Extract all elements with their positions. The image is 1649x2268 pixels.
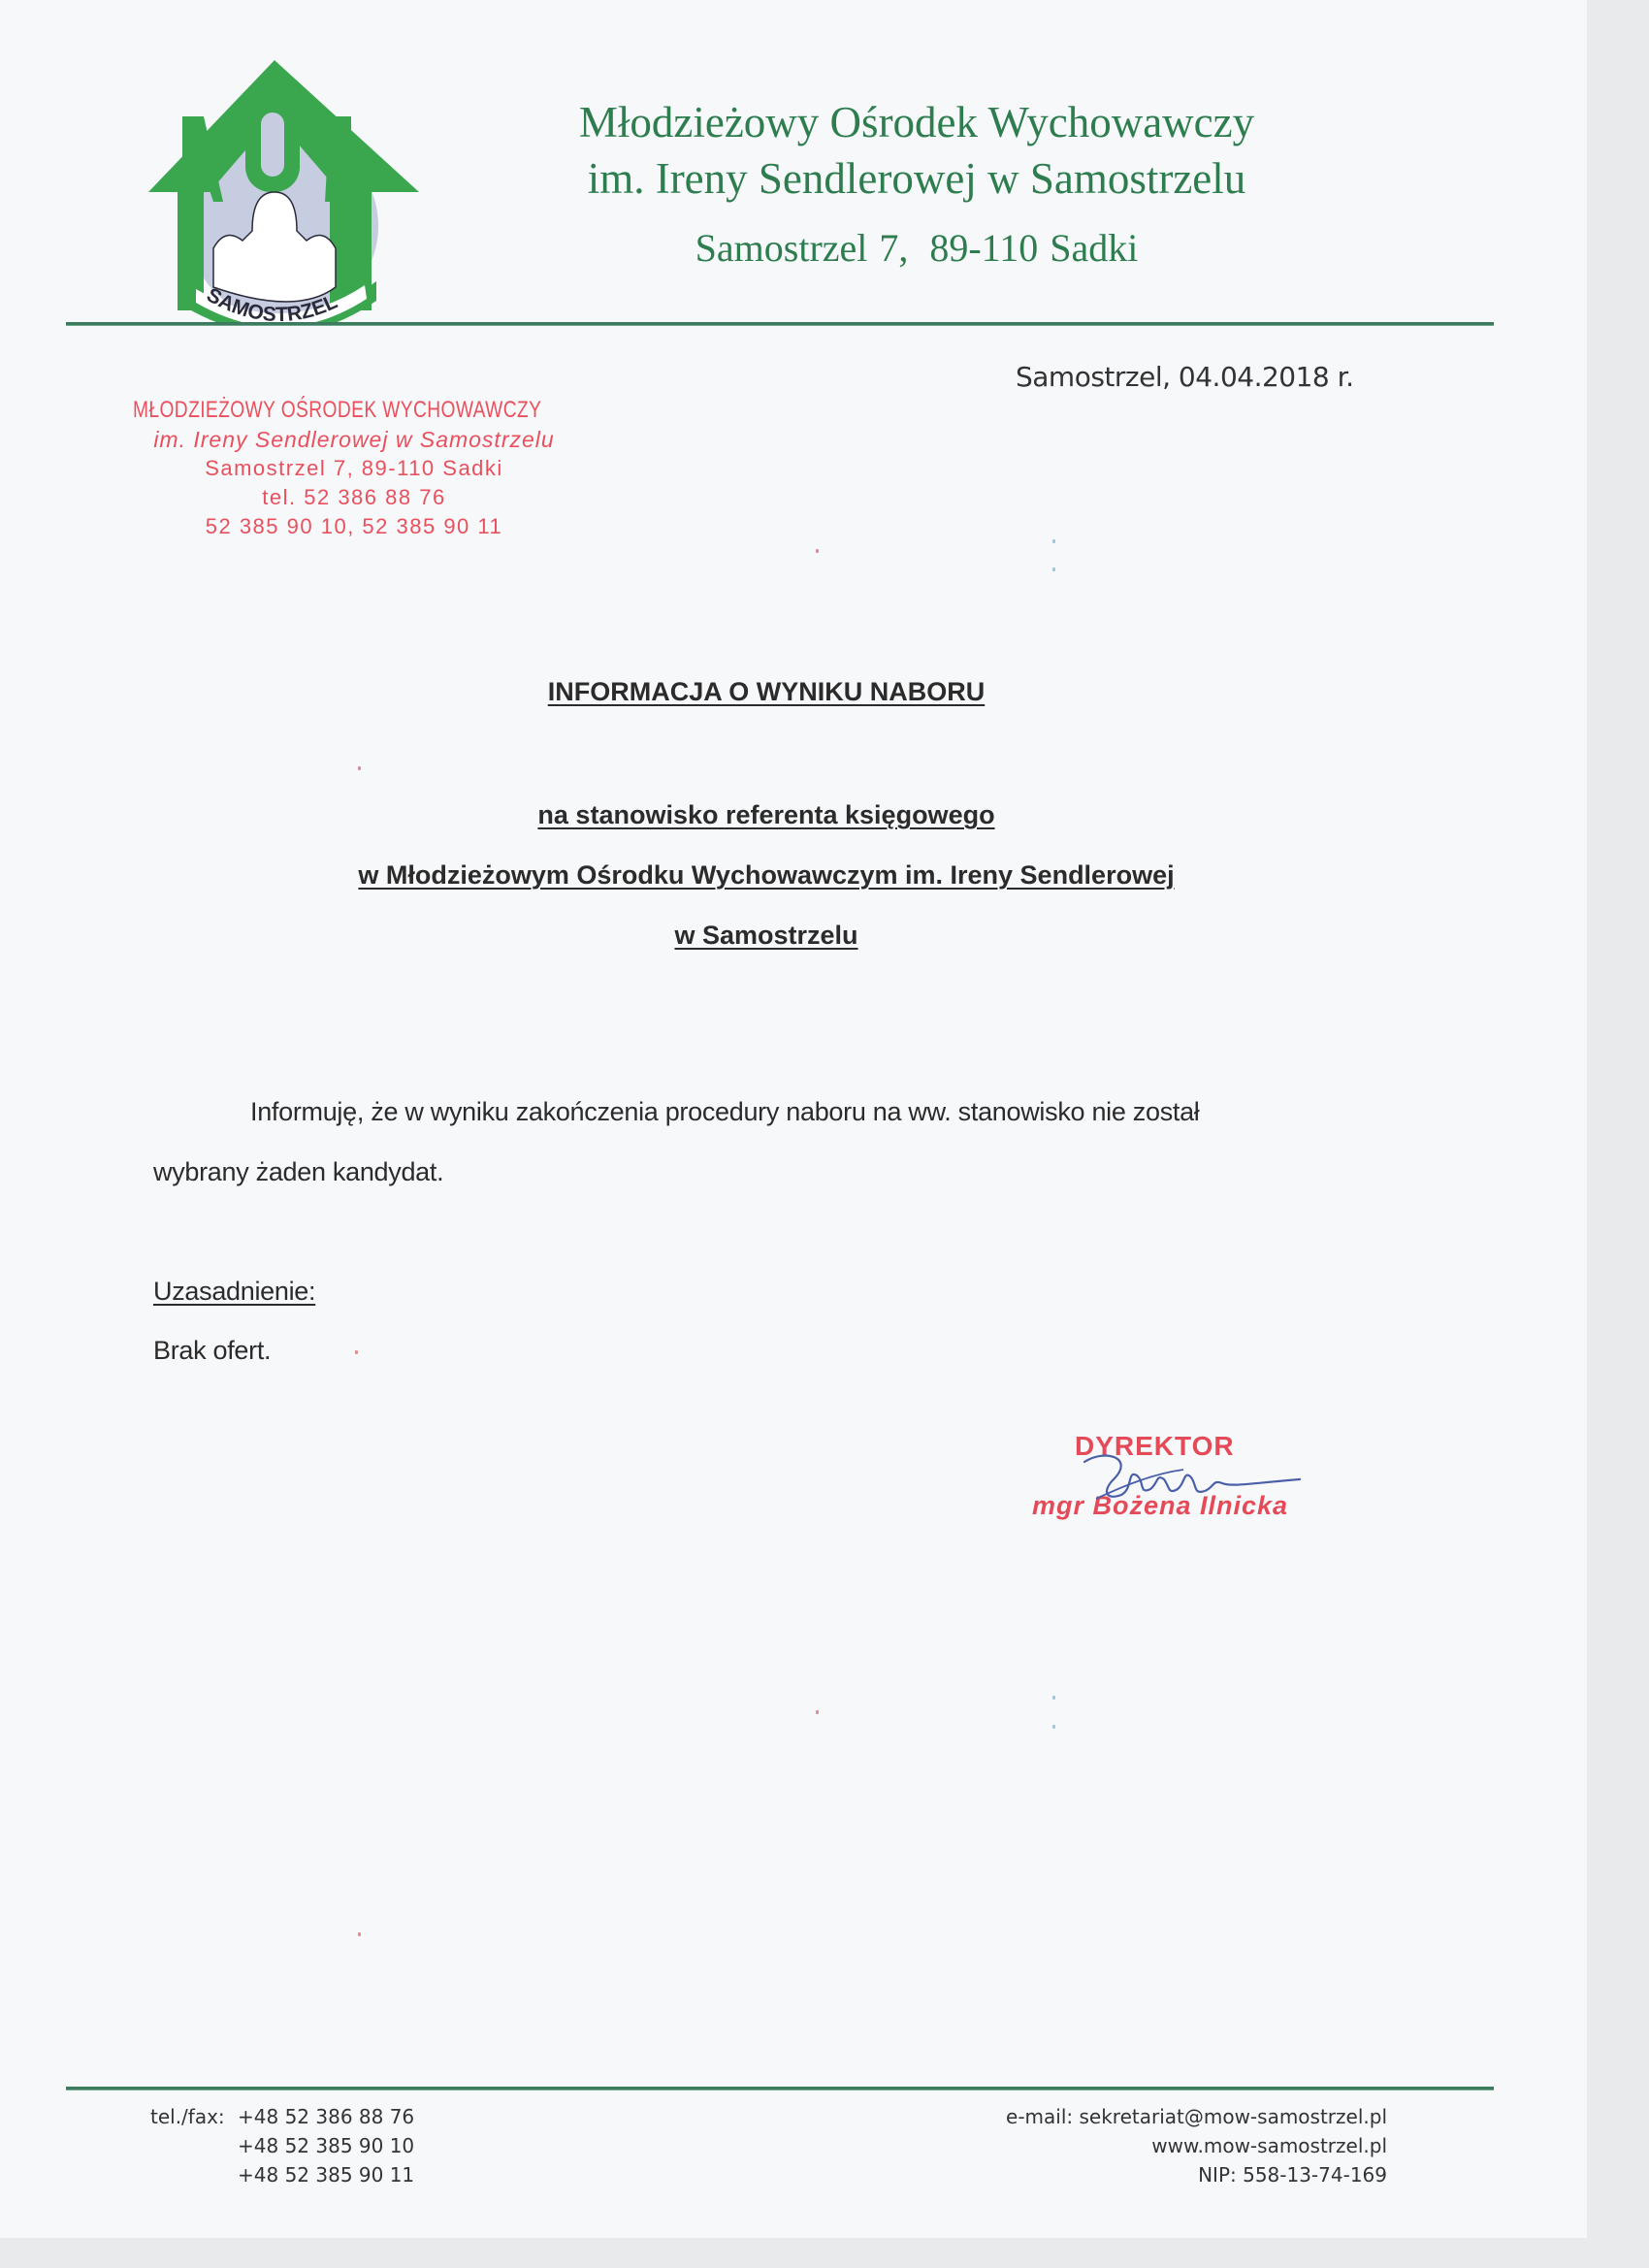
handwritten-signature-icon [1067,1441,1329,1518]
footer-nip: NIP: 558-13-74-169 [980,2160,1387,2189]
address-postal: 89-110 Sadki [929,226,1138,270]
phone-label: tel./fax: [150,2102,238,2131]
phone-1: +48 52 386 88 76 [238,2102,414,2131]
subtitle-location: w Samostrzelu [0,921,1533,951]
document-title: INFORMACJA O WYNIKU NABORU [0,677,1533,707]
institution-address: Samostrzel 7,89-110 Sadki [504,225,1329,271]
scan-speck [816,549,819,553]
house-logo-icon: SAMOSTRZEL [145,56,427,323]
justification-text: Brak ofert. [153,1336,271,1366]
stamp-line-3: Samostrzel 7, 89-110 Sadki [131,454,577,483]
scan-speck [816,1710,819,1714]
scan-speck [1052,1696,1055,1700]
subtitle-institution-text: w Młodzieżowym Ośrodku Wychowawczym im. … [358,860,1174,890]
footer-contact-online: e-mail: sekretariat@mow-samostrzel.pl ww… [980,2102,1387,2189]
justification-label: Uzasadnienie: [153,1277,315,1307]
address-street: Samostrzel 7, [695,226,909,270]
scan-speck [1052,1725,1055,1729]
scan-speck [1052,539,1055,543]
phone-2: +48 52 385 90 10 [238,2131,414,2160]
body-paragraph-line-2: wybrany żaden kandydat. [153,1157,443,1187]
scan-speck [358,766,361,770]
footer-email: e-mail: sekretariat@mow-samostrzel.pl [980,2102,1387,2131]
subtitle-position: na stanowisko referenta księgowego [0,800,1533,830]
phone-3: +48 52 385 90 11 [238,2160,414,2189]
stamp-line-2: im. Ireny Sendlerowej w Samostrzelu [131,425,577,454]
scan-speck [355,1350,358,1354]
document-page: SAMOSTRZEL Młodzieżowy Ośrodek Wychowawc… [0,0,1587,2238]
institution-name: Młodzieżowy Ośrodek Wychowawczy [504,97,1329,147]
document-date: Samostrzel, 04.04.2018 r. [1016,361,1353,393]
scan-speck [358,1932,361,1936]
institution-patron: im. Ireny Sendlerowej w Samostrzelu [504,153,1329,204]
subtitle-location-text: w Samostrzelu [674,921,857,950]
stamp-line-1: MŁODZIEŻOWY OŚRODEK WYCHOWAWCZY [133,396,567,425]
footer-contact-phones: tel./fax:+48 52 386 88 76 +48 52 385 90 … [150,2102,414,2189]
title-text: INFORMACJA O WYNIKU NABORU [548,677,985,706]
footer-website: www.mow-samostrzel.pl [980,2131,1387,2160]
header-divider [66,322,1494,326]
stamp-line-5: 52 385 90 10, 52 385 90 11 [131,512,577,541]
body-paragraph-line-1: Informuję, że w wyniku zakończenia proce… [250,1097,1200,1127]
scan-speck [1052,567,1055,571]
subtitle-institution: w Młodzieżowym Ośrodku Wychowawczym im. … [0,860,1533,891]
footer-divider [66,2087,1494,2090]
stamp-line-4: tel. 52 386 88 76 [131,483,577,512]
institution-stamp: MŁODZIEŻOWY OŚRODEK WYCHOWAWCZY im. Iren… [131,396,577,541]
subtitle-position-text: na stanowisko referenta księgowego [537,800,994,829]
